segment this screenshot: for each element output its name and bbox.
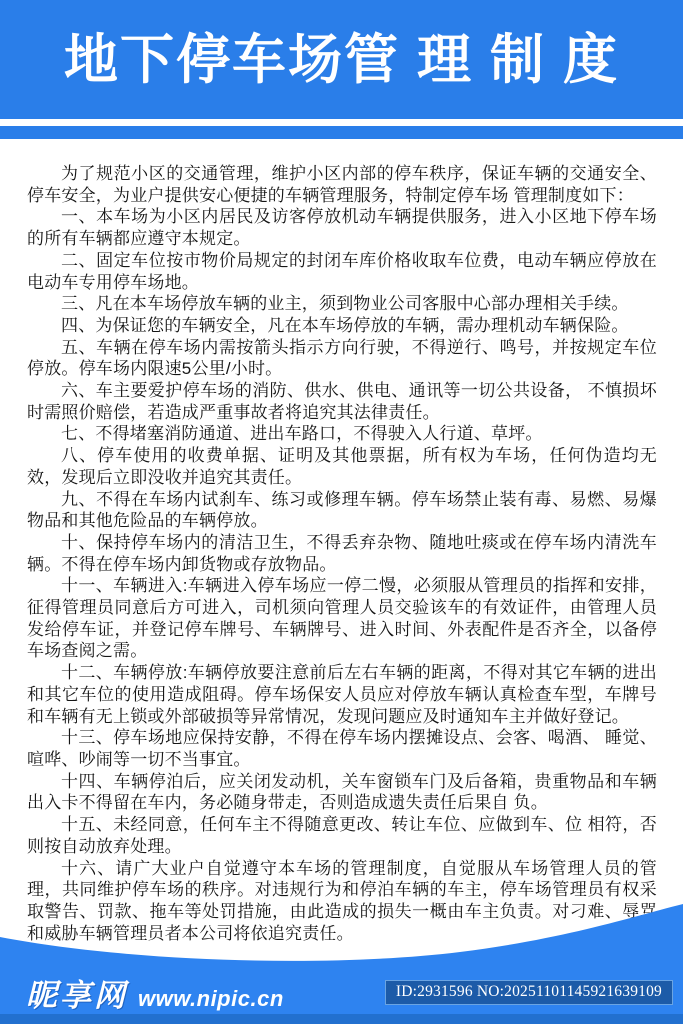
rule-paragraph: 五、车辆在停车场内需按箭头指示方向行驶，不得逆行、鸣号，并按规定车位停放。停车场… (27, 337, 657, 380)
rule-paragraph: 一、本车场为小区内居民及访客停放机动车辆提供服务，进入小区地下停车场的所有车辆都… (27, 206, 657, 249)
poster-page: 地下停车场管 理 制 度 为了规范小区的交通管理，维护小区内部的停车秩序，保证车… (0, 0, 683, 1024)
header-divider-white (0, 119, 683, 126)
rule-paragraph: 十四、车辆停泊后，应关闭发动机，关车窗锁车门及后备箱，贵重物品和车辆出入卡不得留… (27, 771, 657, 814)
rules-text: 为了规范小区的交通管理，维护小区内部的停车秩序，保证车辆的交通安全、停车安全，为… (27, 163, 657, 944)
site-url-text: www.nipic.cn (138, 986, 284, 1012)
footer-bar: 昵享网 www.nipic.cn ID:2931596 NO:202511011… (0, 970, 683, 1014)
image-id-badge: ID:2931596 NO:20251101145921639109 (385, 980, 673, 1005)
rule-paragraph: 三、凡在本车场停放车辆的业主，须到物业公司客服中心部办理相关手续。 (27, 293, 657, 315)
header-divider-blue (0, 126, 683, 139)
rule-paragraph: 六、车主要爱护停车场的消防、供水、供电、通讯等一切公共设备， 不慎损坏时需照价赔… (27, 380, 657, 423)
rules-list: 一、本车场为小区内居民及访客停放机动车辆提供服务，进入小区地下停车场的所有车辆都… (27, 206, 657, 944)
rule-paragraph: 七、不得堵塞消防通道、进出车路口，不得驶入人行道、草坪。 (27, 423, 657, 445)
site-logo: 昵享网 (26, 970, 128, 1015)
page-title: 地下停车场管 理 制 度 (64, 33, 619, 87)
rule-paragraph: 十三、停车场地应保持安静，不得在停车场内摆摊设点、会客、喝酒、 睡觉、喧哗、吵闹… (27, 727, 657, 770)
rule-paragraph: 十一、车辆进入:车辆进入停车场应一停二慢，必须服从管理员的指挥和安排，征得管理员… (27, 575, 657, 662)
rule-paragraph: 十五、未经同意，任何车主不得随意更改、转让车位、应做到车、位 相符，否则按自动放… (27, 814, 657, 857)
rule-paragraph: 四、为保证您的车辆安全，凡在本车场停放的车辆，需办理机动车辆保险。 (27, 315, 657, 337)
intro-paragraph: 为了规范小区的交通管理，维护小区内部的停车秩序，保证车辆的交通安全、停车安全，为… (27, 163, 657, 206)
site-brand: 昵享网 www.nipic.cn (26, 970, 284, 1015)
footer-bottom-strip (0, 1014, 683, 1024)
rule-paragraph: 十、保持停车场内的清洁卫生，不得丢弃杂物、随地吐痰或在停车场内清洗车辆。不得在停… (27, 532, 657, 575)
rule-paragraph: 二、固定车位按市物价局规定的封闭车库价格收取车位费，电动车辆应停放在电动车专用停… (27, 250, 657, 293)
rule-paragraph: 十二、车辆停放:车辆停放要注意前后左右车辆的距离，不得对其它车辆的进出和其它车位… (27, 662, 657, 727)
header-banner: 地下停车场管 理 制 度 (0, 0, 683, 119)
rule-paragraph: 九、不得在车场内试刹车、练习或修理车辆。停车场禁止装有毒、易燃、易爆物品和其他危… (27, 489, 657, 532)
rule-paragraph: 八、停车使用的收费单据、证明及其他票据，所有权为车场，任何伪造均无效，发现后立即… (27, 445, 657, 488)
